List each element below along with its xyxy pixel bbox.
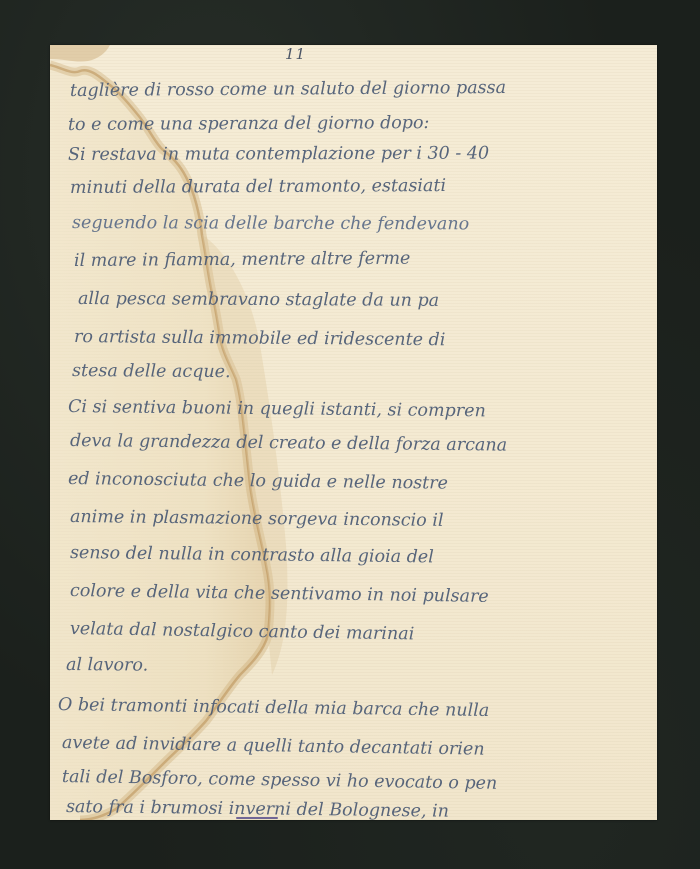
text-line-13: anime in plasmazione sorgeva inconscio i… [70, 507, 444, 531]
manuscript-page: 11 taglière di rosso come un saluto del … [50, 45, 657, 820]
text-line-3: Si restava in muta contemplazione per i … [68, 144, 489, 165]
text-line-4: minuti della durata del tramonto, estasi… [70, 176, 446, 198]
text-line-15: colore e della vita che sentivamo in noi… [70, 581, 489, 607]
text-line-17: al lavoro. [66, 655, 148, 676]
text-line-19: avete ad invidiare a quelli tanto decant… [62, 733, 485, 760]
text-line-1: taglière di rosso come un saluto del gio… [70, 78, 506, 101]
text-line-6: il mare in fiamma, mentre altre ferme [74, 249, 411, 271]
text-line-20: tali del Bosforo, come spesso vi ho evoc… [62, 767, 498, 794]
text-line-9: stesa delle acque. [72, 361, 231, 382]
text-line-7: alla pesca sembravano staglate da un pa [78, 289, 439, 311]
text-line-11: deva la grandezza del creato e della for… [70, 431, 507, 456]
text-line-18: O bei tramonti infocati della mia barca … [58, 695, 490, 721]
text-line-10: Ci si sentiva buoni in quegli istanti, s… [68, 397, 486, 421]
underline-mark [236, 817, 278, 819]
page-number: 11 [285, 45, 306, 63]
text-line-14: senso del nulla in contrasto alla gioia … [70, 543, 434, 567]
text-line-16: velata dal nostalgico canto dei marinai [70, 619, 415, 644]
text-line-5: seguendo la scia delle barche che fendev… [72, 213, 469, 234]
text-line-12: ed inconosciuta che lo guida e nelle nos… [68, 469, 448, 494]
text-line-2: to e come una speranza del giorno dopo: [68, 113, 430, 135]
text-line-8: ro artista sulla immobile ed iridescente… [74, 327, 446, 350]
